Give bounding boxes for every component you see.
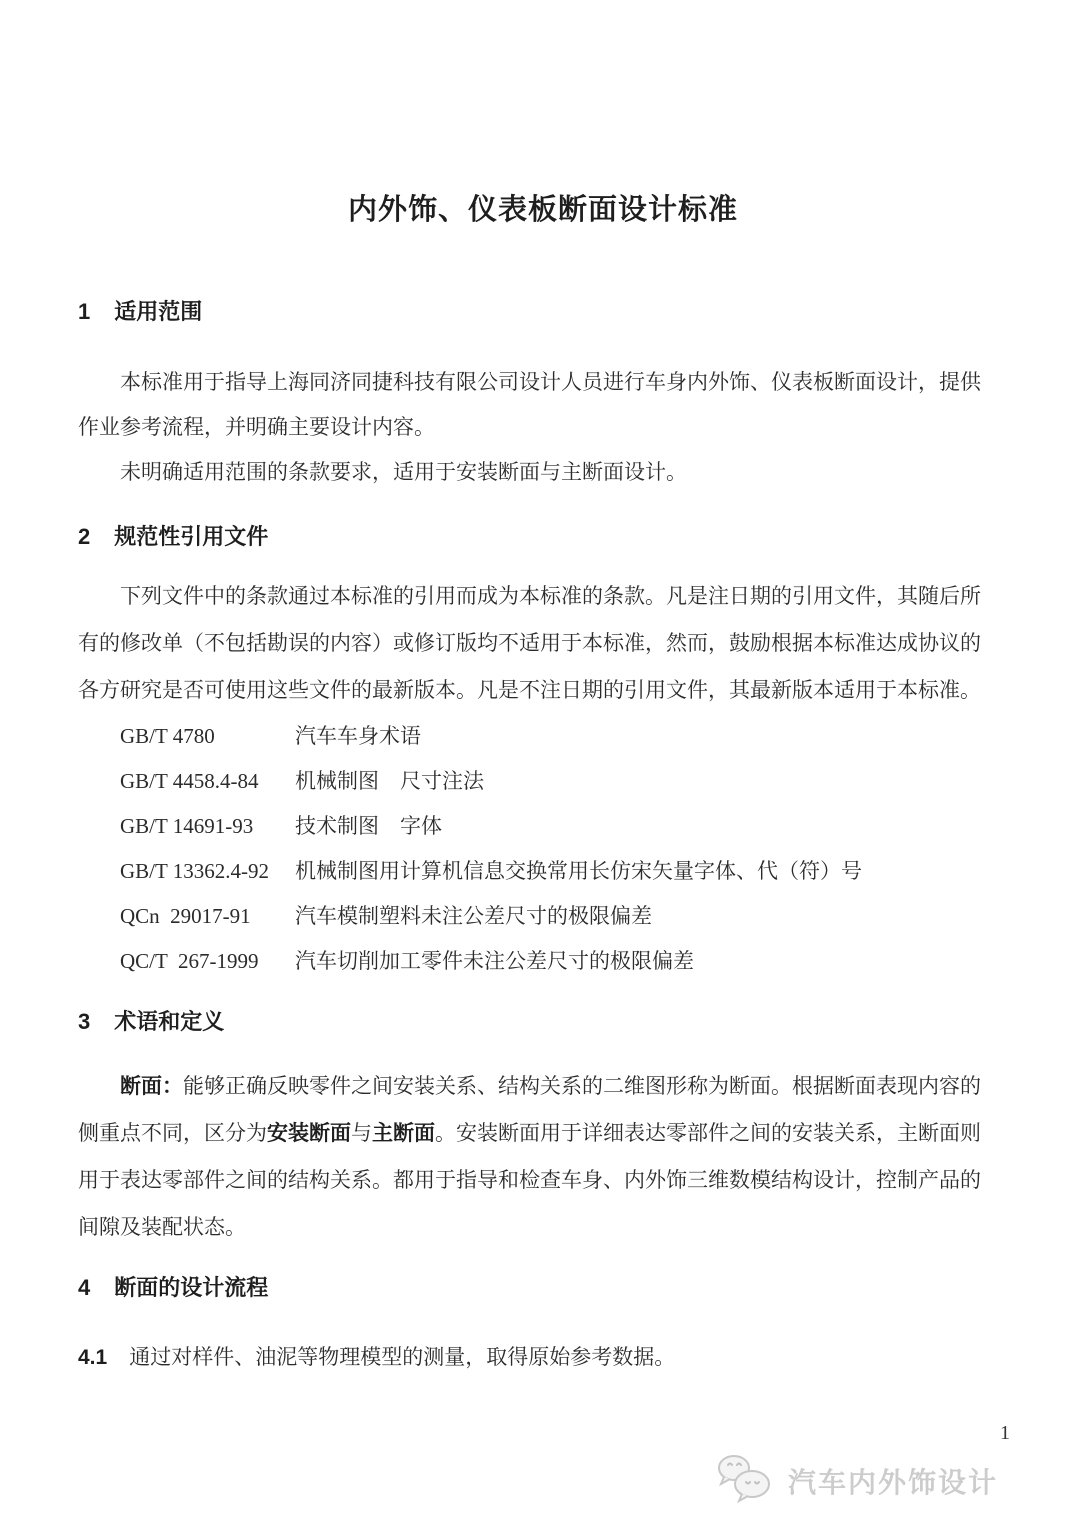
paragraph-text: 侧重点不同，区分为 bbox=[78, 1121, 267, 1145]
watermark-label: 汽车内外饰设计 bbox=[788, 1461, 998, 1501]
clause-4-1: 4.1通过对样件、油泥等物理模型的测量，取得原始参考数据。 bbox=[78, 1335, 1008, 1380]
reference-title: 汽车模制塑料未注公差尺寸的极限偏差 bbox=[295, 904, 652, 928]
paragraph-line: 作业参考流程，并明确主要设计内容。 bbox=[78, 405, 1008, 450]
reference-code: GB/T 13362.4-92 bbox=[120, 849, 295, 894]
paragraph-line: 断面：能够正确反映零件之间安装关系、结构关系的二维图形称为断面。根据断面表现内容… bbox=[78, 1063, 1008, 1110]
section-2-title: 规范性引用文件 bbox=[114, 524, 268, 549]
section-3-number: 3 bbox=[78, 1009, 90, 1035]
paragraph-line: 侧重点不同，区分为安装断面与主断面。安装断面用于详细表达零部件之间的安装关系，主… bbox=[78, 1110, 1008, 1157]
section-2-number: 2 bbox=[78, 524, 90, 550]
section-4-number: 4 bbox=[78, 1275, 90, 1301]
section-terms-definitions: 3术语和定义 断面：能够正确反映零件之间安装关系、结构关系的二维图形称为断面。根… bbox=[78, 1009, 1008, 1251]
reference-item: GB/T 4458.4-84机械制图 尺寸注法 bbox=[78, 759, 1008, 804]
section-1-heading: 1适用范围 bbox=[78, 299, 1008, 325]
reference-code: QC/T 267-1999 bbox=[120, 939, 295, 984]
reference-item: GB/T 13362.4-92机械制图用计算机信息交换常用长仿宋矢量字体、代（符… bbox=[78, 849, 1008, 894]
reference-item: QC/T 267-1999汽车切削加工零件未注公差尺寸的极限偏差 bbox=[78, 939, 1008, 984]
paragraph-text: 与 bbox=[351, 1121, 372, 1145]
reference-title: 机械制图用计算机信息交换常用长仿宋矢量字体、代（符）号 bbox=[295, 859, 862, 883]
term-bold: 断面： bbox=[120, 1075, 183, 1098]
reference-code: GB/T 14691-93 bbox=[120, 804, 295, 849]
section-3-title: 术语和定义 bbox=[114, 1009, 224, 1034]
reference-item: GB/T 4780汽车车身术语 bbox=[78, 714, 1008, 759]
paragraph-text: 。安装断面用于详细表达零部件之间的安装关系，主断面则 bbox=[435, 1121, 981, 1145]
paragraph-line: 下列文件中的条款通过本标准的引用而成为本标准的条款。凡是注日期的引用文件，其随后… bbox=[78, 573, 1008, 620]
reference-list: GB/T 4780汽车车身术语 GB/T 4458.4-84机械制图 尺寸注法 … bbox=[78, 714, 1008, 984]
paragraph-line: 各方研究是否可使用这些文件的最新版本。凡是不注日期的引用文件，其最新版本适用于本… bbox=[78, 667, 1008, 714]
watermark: 汽车内外饰设计 bbox=[714, 1452, 998, 1509]
section-1-title: 适用范围 bbox=[114, 299, 202, 324]
page-number: 1 bbox=[1000, 1422, 1010, 1445]
reference-title: 汽车车身术语 bbox=[295, 724, 421, 748]
reference-code: GB/T 4780 bbox=[120, 714, 295, 759]
paragraph-line: 有的修改单（不包括勘误的内容）或修订版均不适用于本标准，然而，鼓励根据本标准达成… bbox=[78, 620, 1008, 667]
document-page: { "doc": { "title": "内外饰、仪表板断面设计标准", "pa… bbox=[0, 0, 1080, 1528]
reference-title: 技术制图 字体 bbox=[295, 814, 442, 838]
term-bold: 安装断面 bbox=[267, 1122, 351, 1145]
reference-code: QCn 29017-91 bbox=[120, 894, 295, 939]
section-4-title: 断面的设计流程 bbox=[114, 1275, 268, 1300]
paragraph-line: 用于表达零部件之间的结构关系。都用于指导和检查车身、内外饰三维数模结构设计，控制… bbox=[78, 1157, 1008, 1204]
clause-number: 4.1 bbox=[78, 1335, 107, 1380]
reference-code: GB/T 4458.4-84 bbox=[120, 759, 295, 804]
section-1-body: 本标准用于指导上海同济同捷科技有限公司设计人员进行车身内外饰、仪表板断面设计，提… bbox=[78, 360, 1008, 495]
reference-item: QCn 29017-91汽车模制塑料未注公差尺寸的极限偏差 bbox=[78, 894, 1008, 939]
section-4-heading: 4断面的设计流程 bbox=[78, 1275, 1008, 1301]
document-title: 内外饰、仪表板断面设计标准 bbox=[78, 0, 1008, 227]
reference-title: 汽车切削加工零件未注公差尺寸的极限偏差 bbox=[295, 949, 694, 973]
section-2-body: 下列文件中的条款通过本标准的引用而成为本标准的条款。凡是注日期的引用文件，其随后… bbox=[78, 573, 1008, 714]
clause-text: 通过对样件、油泥等物理模型的测量，取得原始参考数据。 bbox=[129, 1345, 675, 1369]
paragraph-line: 间隙及装配状态。 bbox=[78, 1204, 1008, 1251]
section-normative-references: 2规范性引用文件 下列文件中的条款通过本标准的引用而成为本标准的条款。凡是注日期… bbox=[78, 524, 1008, 984]
section-3-body: 断面：能够正确反映零件之间安装关系、结构关系的二维图形称为断面。根据断面表现内容… bbox=[78, 1063, 1008, 1251]
section-scope: 1适用范围 本标准用于指导上海同济同捷科技有限公司设计人员进行车身内外饰、仪表板… bbox=[78, 299, 1008, 495]
section-3-heading: 3术语和定义 bbox=[78, 1009, 1008, 1035]
section-1-number: 1 bbox=[78, 299, 90, 325]
section-design-process: 4断面的设计流程 4.1通过对样件、油泥等物理模型的测量，取得原始参考数据。 bbox=[78, 1275, 1008, 1380]
paragraph-line: 本标准用于指导上海同济同捷科技有限公司设计人员进行车身内外饰、仪表板断面设计，提… bbox=[78, 360, 1008, 405]
reference-title: 机械制图 尺寸注法 bbox=[295, 769, 484, 793]
section-2-heading: 2规范性引用文件 bbox=[78, 524, 1008, 550]
term-bold: 主断面 bbox=[372, 1122, 435, 1145]
reference-item: GB/T 14691-93技术制图 字体 bbox=[78, 804, 1008, 849]
wechat-chat-bubbles-icon bbox=[714, 1452, 778, 1509]
paragraph-text: 能够正确反映零件之间安装关系、结构关系的二维图形称为断面。根据断面表现内容的 bbox=[183, 1074, 981, 1098]
paragraph-line: 未明确适用范围的条款要求，适用于安装断面与主断面设计。 bbox=[78, 450, 1008, 495]
document-body: 内外饰、仪表板断面设计标准 1适用范围 本标准用于指导上海同济同捷科技有限公司设… bbox=[78, 0, 1008, 1380]
